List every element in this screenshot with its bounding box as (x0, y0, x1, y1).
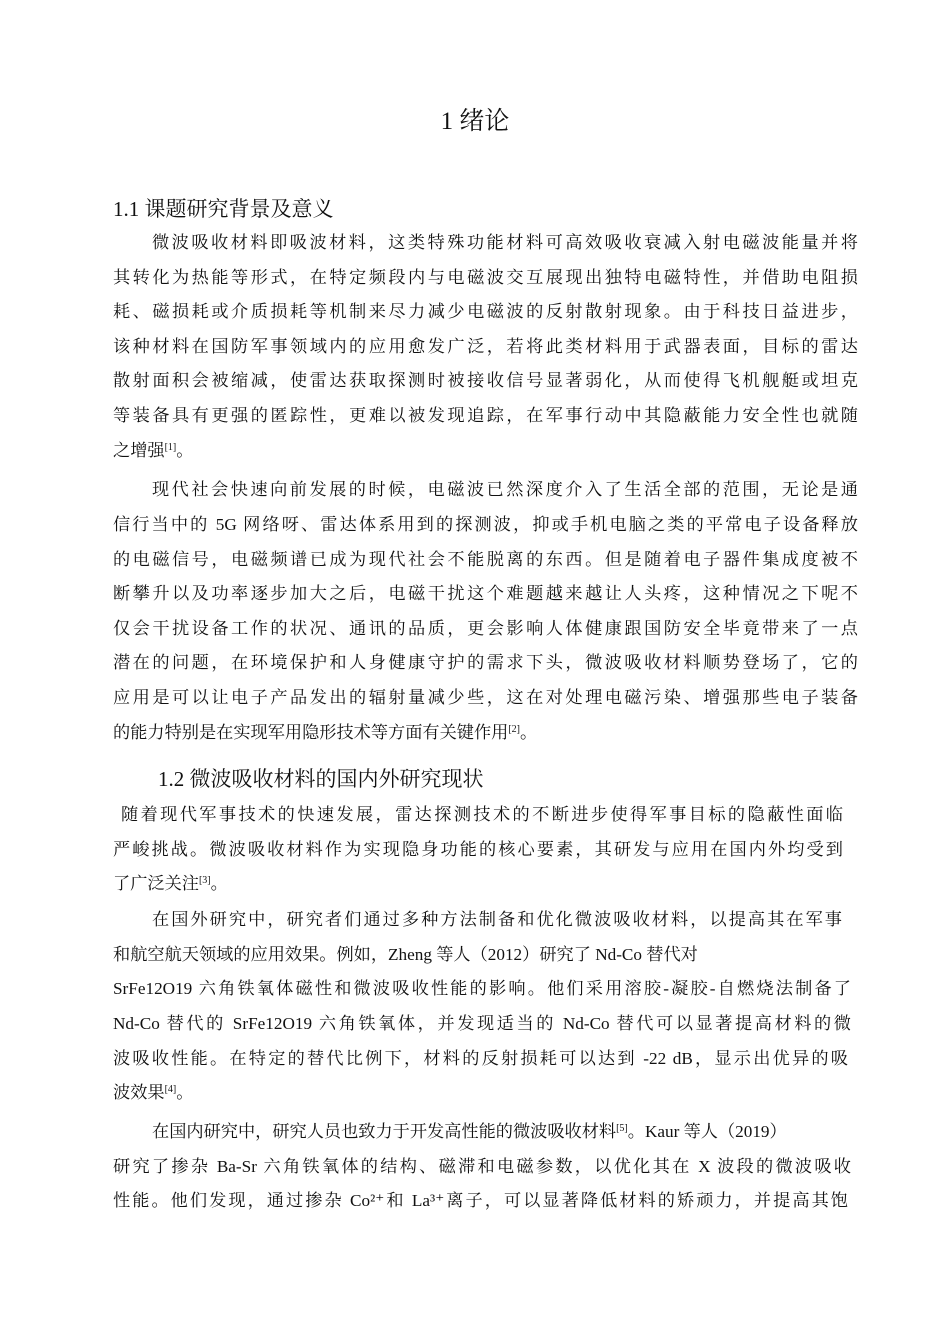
document-page: 1 绪论 1.1 课题研究背景及意义 微波吸收材料即吸波材料，这类特殊功能材料可… (0, 0, 950, 1344)
text-line: 其转化为热能等形式，在特定频段内与电磁波交互展现出独特电磁特性，并借助电阻损 (113, 261, 858, 295)
text-line-last: 的能力特别是在实现军用隐形技术等方面有关键作用[2]。 (113, 716, 858, 750)
text-line: Nd-Co 替代的 SrFe12O19 六角铁氧体，并发现适当的 Nd-Co 替… (113, 1007, 851, 1041)
citation-1: [1] (165, 442, 177, 453)
section-heading-1-1: 1.1 课题研究背景及意义 (113, 194, 334, 224)
text-line-last: 波效果[4]。 (113, 1076, 858, 1110)
text-line: 严峻挑战。微波吸收材料作为实现隐身功能的核心要素，其研发与应用在国内外均受到 (113, 833, 843, 867)
text-line: 在国外研究中，研究者们通过多种方法制备和优化微波吸收材料，以提高其在军事 (152, 903, 842, 937)
text-line: 微波吸收材料即吸波材料，这类特殊功能材料可高效吸收衰减入射电磁波能量并将 (152, 226, 858, 260)
text-line: 现代社会快速向前发展的时候，电磁波已然深度介入了生活全部的范围，无论是通 (152, 473, 858, 507)
text-line: 信行当中的 5G 网络呀、雷达体系用到的探测波，抑或手机电脑之类的平常电子设备释… (113, 508, 858, 542)
text-fragment: 。 (176, 441, 193, 460)
text-line: 断攀升以及功率逐步加大之后，电磁干扰这个难题越来越让人头疼，这种情况之下呢不 (113, 577, 858, 611)
text-line: 等装备具有更强的匿踪性，更难以被发现追踪，在军事行动中其隐蔽能力安全性也就随 (113, 399, 858, 433)
text-fragment: 在国内研究中，研究人员也致力于开发高性能的微波吸收材料 (152, 1122, 616, 1141)
chapter-title: 1 绪论 (0, 104, 950, 140)
text-line: SrFe12O19 六角铁氧体磁性和微波吸收性能的影响。他们采用溶胶-凝胶-自燃… (113, 972, 851, 1006)
text-line: 仅会干扰设备工作的状况、通讯的品质，更会影响人体健康跟国防安全毕竟带来了一点 (113, 612, 858, 646)
text-line-last: 之增强[1]。 (113, 434, 858, 468)
text-line: 散射面积会被缩减，使雷达获取探测时被接收信号显著弱化，从而使得飞机舰艇或坦克 (113, 364, 858, 398)
text-line: 随着现代军事技术的快速发展，雷达探测技术的不断进步使得军事目标的隐蔽性面临 (121, 798, 843, 832)
text-line: 耗、磁损耗或介质损耗等机制来尽力减少电磁波的反射散射现象。由于科技日益进步， (113, 295, 858, 329)
text-fragment: 。 (176, 1083, 193, 1102)
text-line: 波吸收性能。在特定的替代比例下，材料的反射损耗可以达到 -22 dB，显示出优异… (113, 1042, 848, 1076)
text-fragment: 的能力特别是在实现军用隐形技术等方面有关键作用 (113, 723, 508, 742)
text-fragment: 。 (211, 874, 228, 893)
citation-3: [3] (199, 875, 211, 886)
citation-2: [2] (508, 724, 520, 735)
text-fragment: 了广泛关注 (113, 874, 199, 893)
section-heading-1-2: 1.2 微波吸收材料的国内外研究现状 (158, 764, 484, 794)
text-line-last: 了广泛关注[3]。 (113, 867, 858, 901)
text-line: 研究了掺杂 Ba-Sr 六角铁氧体的结构、磁滞和电磁参数，以优化其在 X 波段的… (113, 1150, 851, 1184)
text-line: 性能。他们发现，通过掺杂 Co²⁺和 La³⁺离子，可以显著降低材料的矫顽力，并… (113, 1184, 848, 1218)
text-line: 的电磁信号，电磁频谱已成为现代社会不能脱离的东西。但是随着电子器件集成度被不 (113, 543, 858, 577)
text-line: 应用是可以让电子产品发出的辐射量减少些，这在对处理电磁污染、增强那些电子装备 (113, 681, 858, 715)
text-fragment: 波效果 (113, 1083, 165, 1102)
citation-5: [5] (616, 1123, 628, 1134)
citation-4: [4] (165, 1084, 177, 1095)
text-fragment: 。 (520, 723, 537, 742)
text-line: 和航空航天领域的应用效果。例如，Zheng 等人（2012）研究了 Nd-Co … (113, 938, 858, 972)
text-line: 在国内研究中，研究人员也致力于开发高性能的微波吸收材料[5]。Kaur 等人（2… (152, 1115, 858, 1149)
text-fragment: 。Kaur 等人（2019） (628, 1122, 787, 1141)
text-line: 潜在的问题，在环境保护和人身健康守护的需求下头，微波吸收材料顺势登场了，它的 (113, 646, 858, 680)
text-line: 该种材料在国防军事领域内的应用愈发广泛，若将此类材料用于武器表面，目标的雷达 (113, 330, 858, 364)
text-fragment: 之增强 (113, 441, 165, 460)
